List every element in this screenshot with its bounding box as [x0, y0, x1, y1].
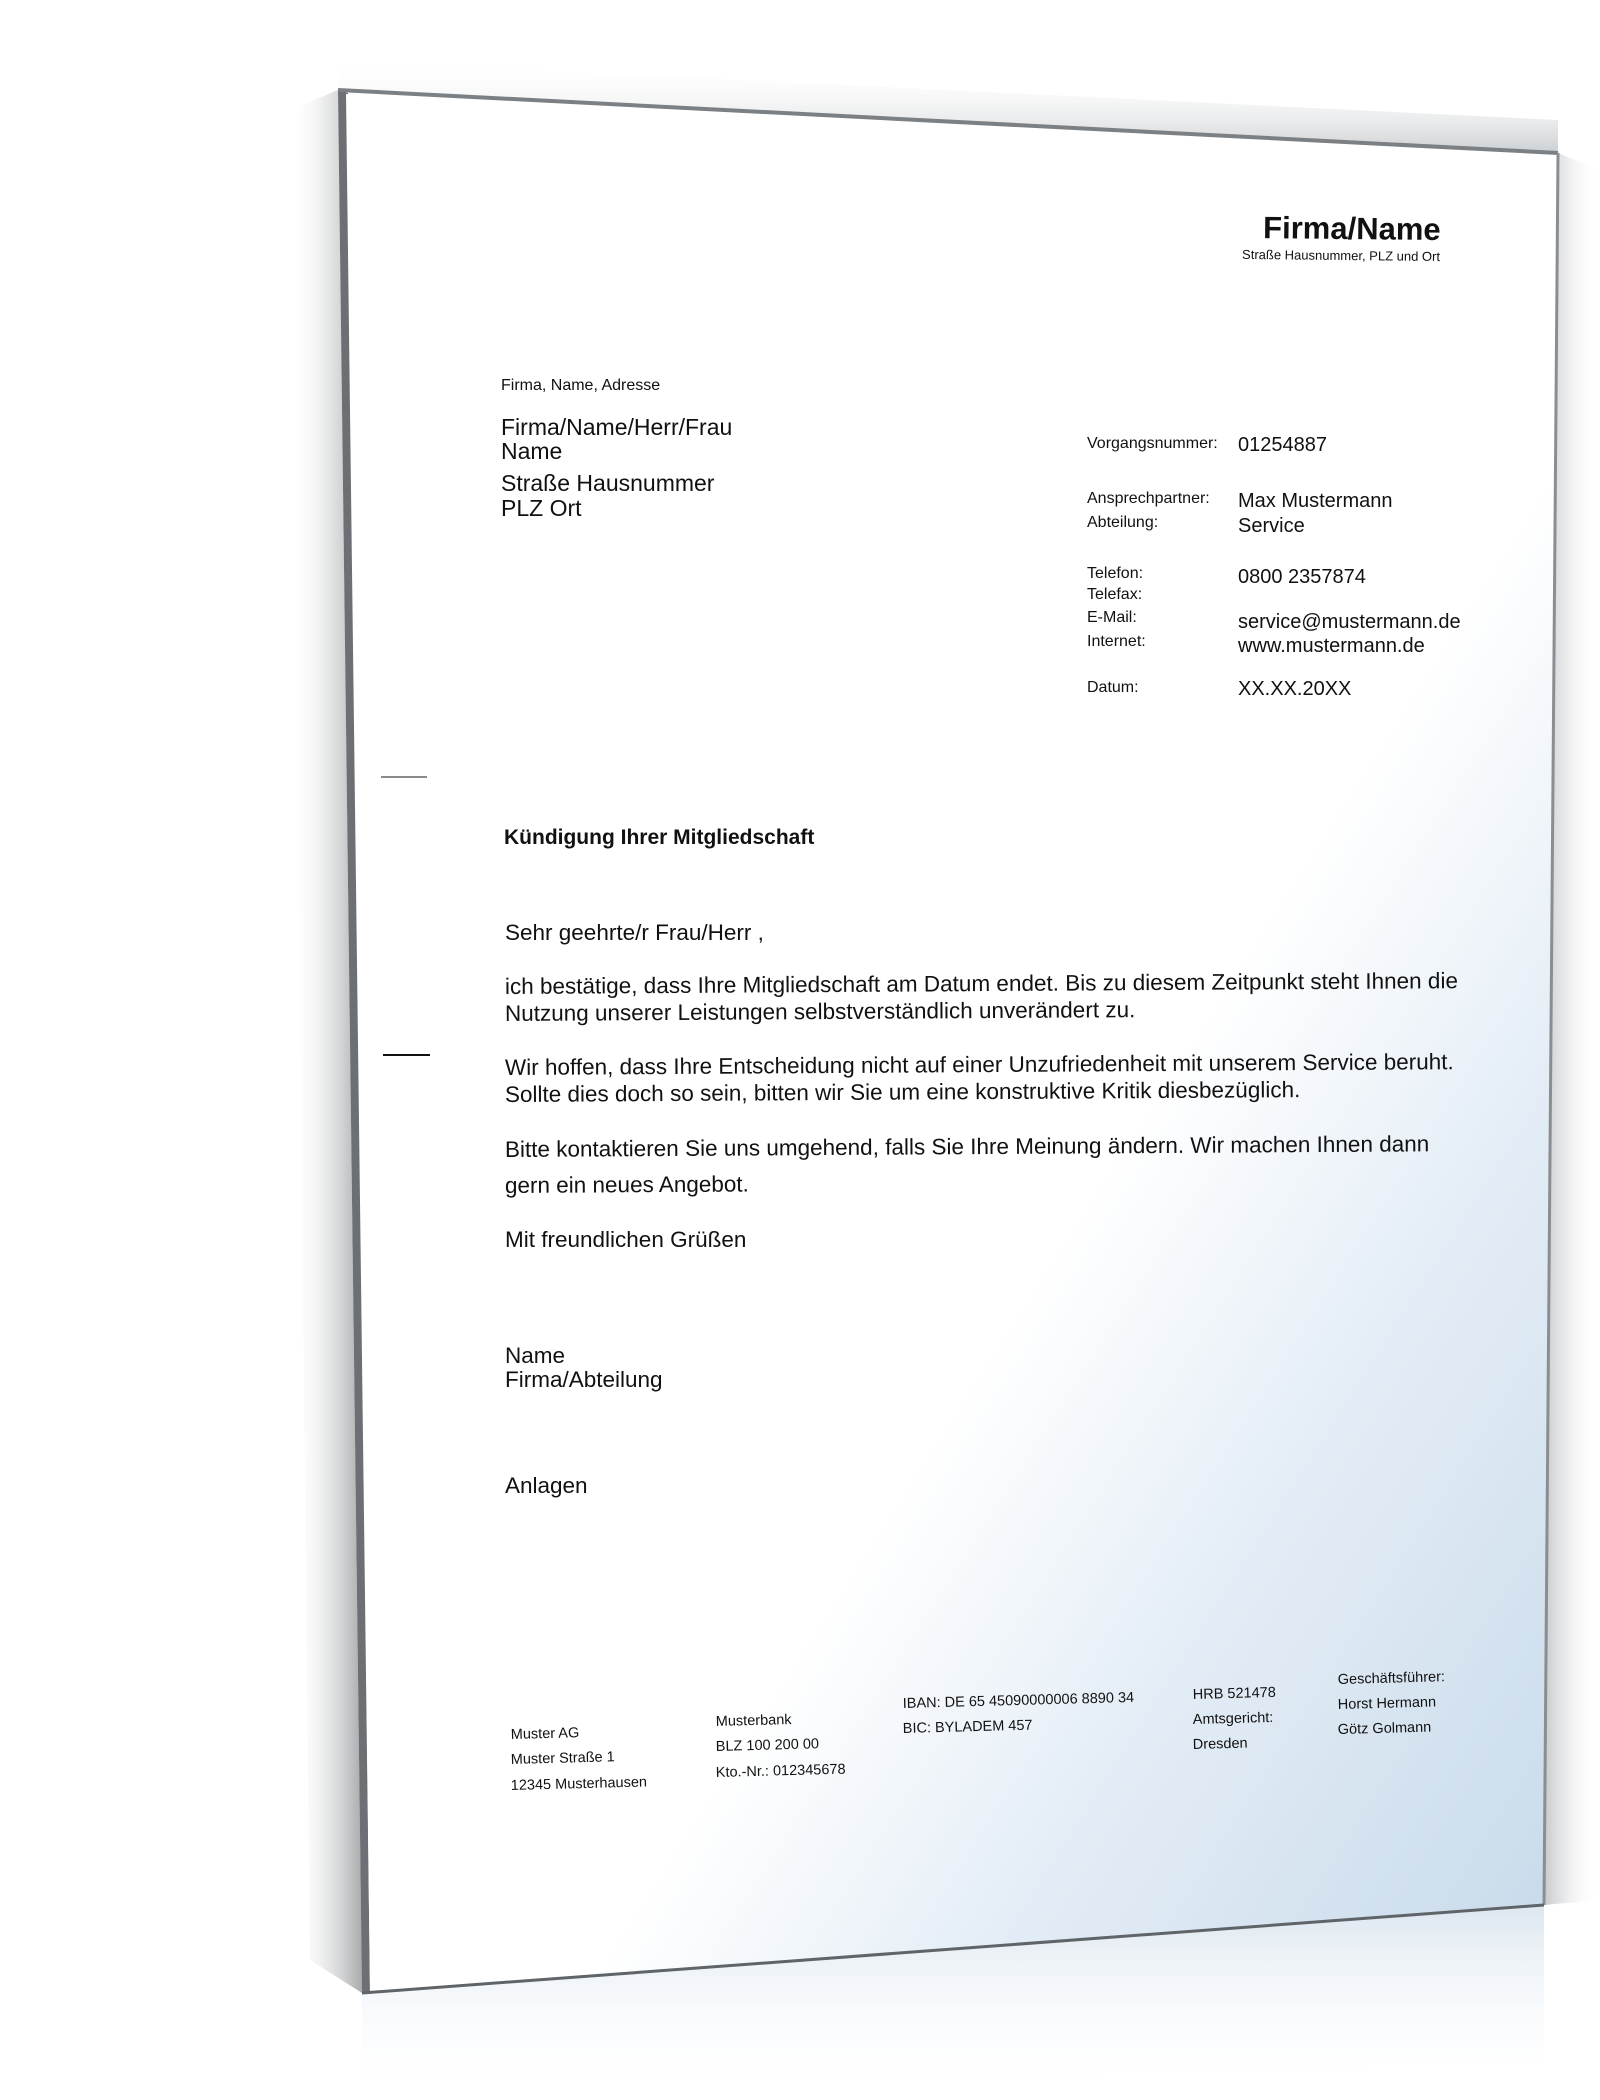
signature-department: Firma/Abteilung — [505, 1369, 663, 1392]
signature-name: Name — [505, 1345, 565, 1368]
fold-mark-punch — [383, 1054, 430, 1056]
info-label-datum: Datum: — [1087, 680, 1139, 696]
info-value-abteilung: Service — [1238, 516, 1305, 536]
letterhead-address: Straße Hausnummer, PLZ und Ort — [1242, 248, 1440, 263]
info-label-internet: Internet: — [1087, 634, 1146, 650]
footer-company-2: Muster Straße 1 — [511, 1750, 615, 1767]
attachments-label: Anlagen — [505, 1475, 588, 1498]
footer-bic-line: BIC: BYLADEM 457 — [903, 1719, 1033, 1737]
footer-management-2: Horst Hermann — [1338, 1695, 1437, 1712]
recipient-line-1: Firma/Name/Herr/Frau — [501, 416, 732, 439]
footer-bank-2: BLZ 100 200 00 — [716, 1737, 820, 1754]
footer-bank-3: Kto.-Nr.: 012345678 — [716, 1763, 846, 1781]
paragraph-1-line-2: Nutzung unserer Leistungen selbstverstän… — [505, 999, 1136, 1025]
footer-bank-1: Musterbank — [716, 1713, 792, 1729]
info-value-vorgangsnummer: 01254887 — [1238, 435, 1327, 455]
info-value-datum: XX.XX.20XX — [1238, 679, 1351, 699]
info-value-ansprechpartner: Max Mustermann — [1238, 491, 1393, 511]
paragraph-3-line-2: gern ein neues Angebot. — [505, 1174, 749, 1198]
salutation: Sehr geehrte/r Frau/Herr , — [505, 922, 764, 945]
info-label-vorgangsnummer: Vorgangsnummer: — [1087, 436, 1218, 452]
info-label-email: E-Mail: — [1087, 610, 1137, 626]
info-value-telefon: 0800 2357874 — [1238, 567, 1366, 587]
footer-company-3: 12345 Musterhausen — [511, 1775, 648, 1793]
letter-subject: Kündigung Ihrer Mitgliedschaft — [504, 827, 814, 848]
info-label-telefax: Telefax: — [1087, 587, 1142, 603]
paragraph-2-line-2: Sollte dies doch so sein, bitten wir Sie… — [505, 1079, 1301, 1106]
footer-management-3: Götz Golmann — [1338, 1721, 1432, 1738]
closing: Mit freundlichen Grüßen — [505, 1229, 746, 1252]
footer-register-2: Amtsgericht: — [1193, 1711, 1274, 1728]
info-label-abteilung: Abteilung: — [1087, 515, 1158, 531]
fold-mark-top — [381, 776, 427, 778]
info-label-telefon: Telefon: — [1087, 566, 1143, 582]
letterhead-company: Firma/Name — [1263, 212, 1441, 245]
footer-company-1: Muster AG — [511, 1726, 580, 1742]
recipient-line-2: Name — [501, 440, 562, 463]
footer-register-3: Dresden — [1193, 1737, 1248, 1753]
recipient-line-3: Straße Hausnummer — [501, 472, 714, 495]
footer-management-1: Geschäftsführer: — [1338, 1670, 1446, 1687]
info-label-ansprechpartner: Ansprechpartner: — [1087, 491, 1210, 507]
info-value-internet[interactable]: www.mustermann.de — [1238, 636, 1425, 656]
info-value-email[interactable]: service@mustermann.de — [1238, 612, 1461, 632]
sender-return-line: Firma, Name, Adresse — [501, 378, 660, 394]
footer-register-1: HRB 521478 — [1193, 1686, 1276, 1703]
recipient-line-4: PLZ Ort — [501, 497, 582, 520]
